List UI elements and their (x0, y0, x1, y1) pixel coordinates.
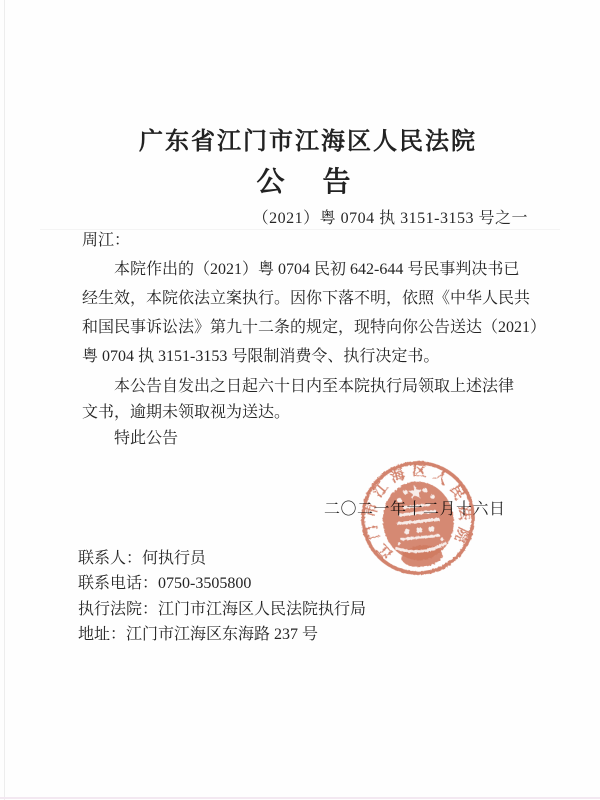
contact-label: 执行法院： (78, 601, 158, 618)
body-line: 文书，逾期未领取视为送达。 (82, 400, 542, 426)
contact-row: 联系人：何执行员 (78, 546, 366, 571)
national-emblem-icon (379, 478, 458, 570)
contact-label: 联系人： (78, 550, 142, 567)
court-name: 广东省江门市江海区人民法院 (8, 121, 600, 156)
contact-row: 地址：江门市江海区东海路 237 号 (78, 622, 366, 647)
court-seal-stamp: 江门市江海区人民法院 (353, 453, 483, 583)
notice-body-paragraph-1: 周江： 本院作出的（2021）粤 0704 民初 642-644 号民事判决书已… (82, 226, 542, 371)
notice-document: 广东省江门市江海区人民法院 公 告 （2021）粤 0704 执 3151-31… (0, 0, 600, 800)
case-number: （2021）粤 0704 执 3151-3153 号之一 (253, 205, 528, 228)
notice-body-paragraph-2: 本公告自发出之日起六十日内至本院执行局领取上述法律 文书，逾期未领取视为送达。 … (82, 374, 542, 452)
contact-value: 何执行员 (142, 550, 206, 567)
contact-label: 联系电话： (78, 575, 158, 592)
closing-line: 特此公告 (82, 426, 542, 452)
contact-row: 执行法院：江门市江海区人民法院执行局 (78, 597, 366, 622)
body-line: 本院作出的（2021）粤 0704 民初 642-644 号民事判决书已 (82, 255, 542, 284)
contact-value: 江门市江海区人民法院执行局 (158, 601, 366, 618)
body-line: 经生效，本院依法立案执行。因你下落不明，依照《中华人民共 (82, 284, 542, 313)
scan-artifact-bottom-line (0, 797, 600, 799)
contact-label: 地址： (78, 626, 126, 643)
notice-title: 公 告 (6, 160, 600, 200)
scan-artifact-left-line (4, 0, 5, 800)
contact-info: 联系人：何执行员 联系电话：0750-3505800 执行法院：江门市江海区人民… (78, 546, 366, 647)
contact-value: 江门市江海区东海路 237 号 (126, 626, 318, 643)
contact-value: 0750-3505800 (158, 575, 251, 592)
contact-row: 联系电话：0750-3505800 (78, 571, 366, 596)
recipient-name: 周江： (82, 226, 542, 255)
body-line: 粤 0704 执 3151-3153 号限制消费令、执行决定书。 (82, 342, 542, 371)
body-line: 本公告自发出之日起六十日内至本院执行局领取上述法律 (82, 374, 542, 400)
court-seal: 江门市江海区人民法院 (353, 453, 483, 583)
body-line: 和国民事诉讼法》第九十二条的规定，现特向你公告送达（2021） (82, 313, 542, 342)
